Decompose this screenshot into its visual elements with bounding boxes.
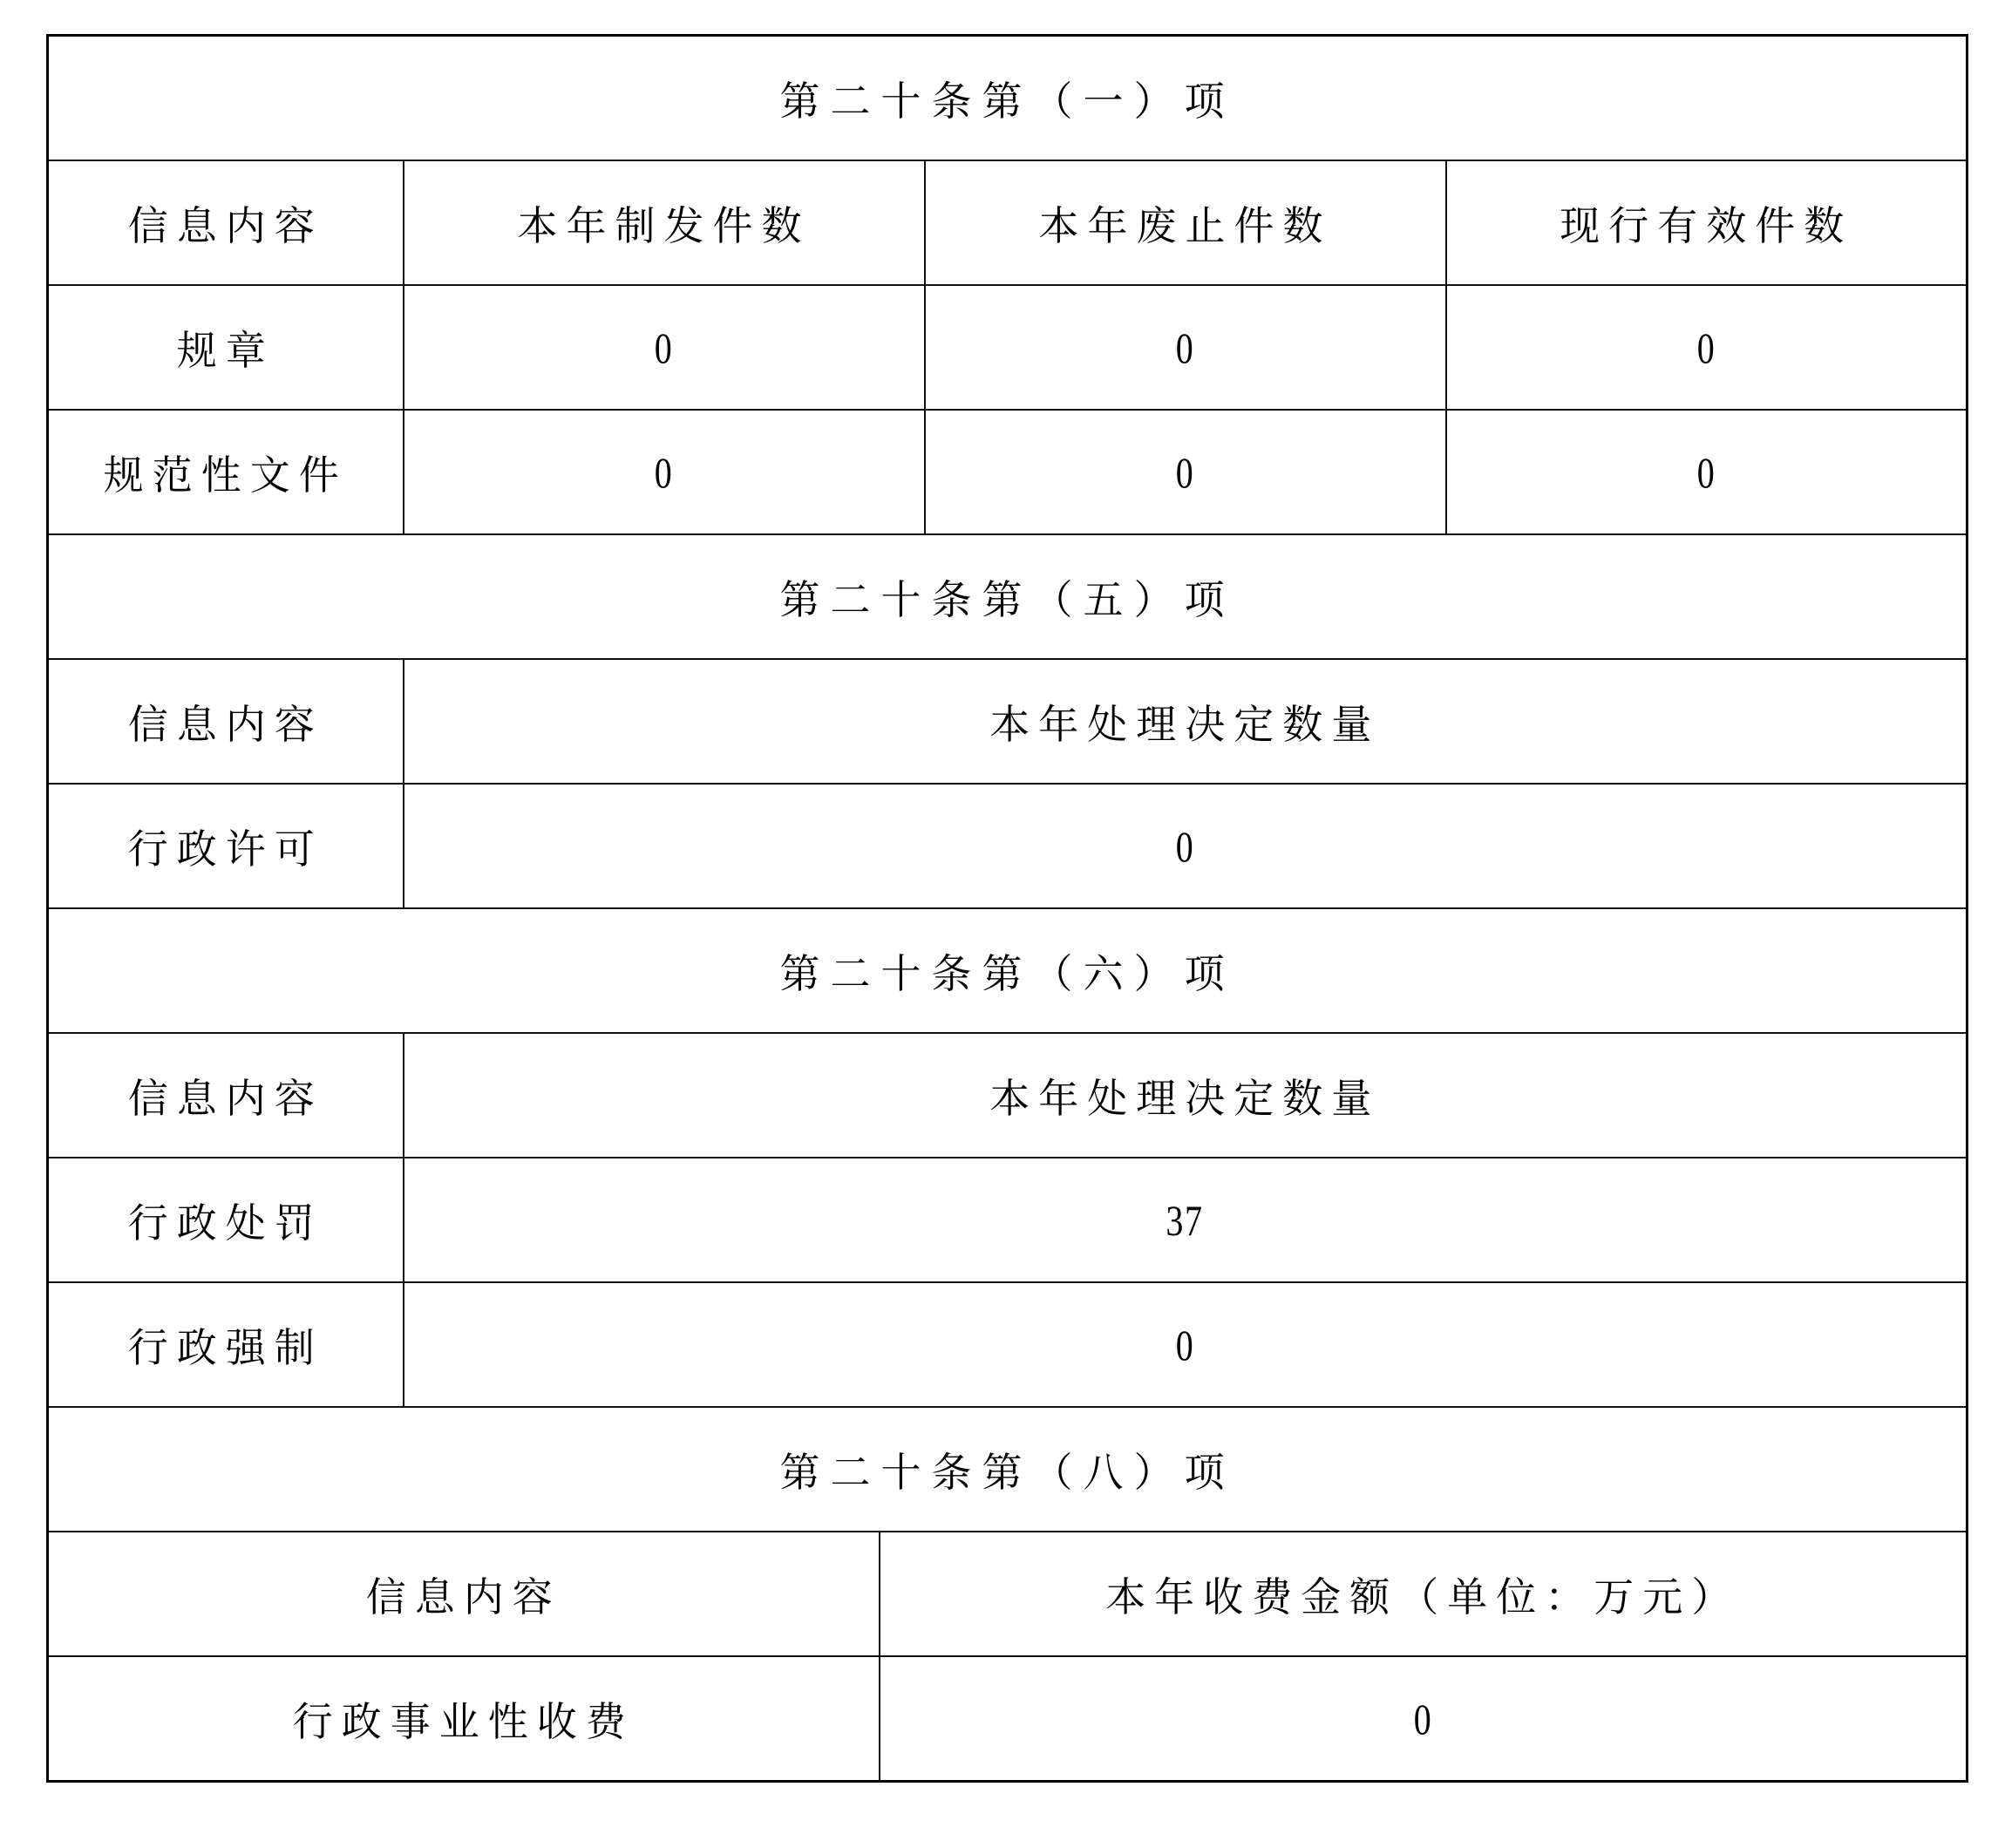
table-row: 行政许可 0 <box>48 784 1967 908</box>
header-cell-info-content: 信息内容 <box>48 1033 404 1158</box>
value-cell: 0 <box>925 285 1446 410</box>
value-text: 0 <box>1176 323 1195 373</box>
value-cell: 0 <box>404 1282 1967 1407</box>
row-label: 行政处罚 <box>48 1158 404 1282</box>
row-label: 行政许可 <box>48 784 404 908</box>
header-row: 信息内容 本年处理决定数量 <box>48 1033 1967 1158</box>
header-cell-repealed-count: 本年废止件数 <box>925 160 1446 285</box>
value-cell: 0 <box>404 410 925 534</box>
value-cell: 0 <box>880 1656 1967 1782</box>
disclosure-statistics-table: 第二十条第（一）项 信息内容 本年制发件数 本年废止件数 现行有效件数 规章 0… <box>46 34 1968 1783</box>
header-cell-info-content: 信息内容 <box>48 1532 880 1656</box>
header-cell-issued-count: 本年制发件数 <box>404 160 925 285</box>
value-cell: 0 <box>404 784 1967 908</box>
header-cell-valid-count: 现行有效件数 <box>1446 160 1967 285</box>
section-title-row: 第二十条第（一）项 <box>48 36 1967 161</box>
row-label: 规范性文件 <box>48 410 404 534</box>
value-text: 0 <box>1696 447 1716 498</box>
table-row: 行政处罚 37 <box>48 1158 1967 1282</box>
header-cell-decision-count: 本年处理决定数量 <box>404 1033 1967 1158</box>
value-text: 0 <box>1175 1320 1194 1370</box>
header-row: 信息内容 本年处理决定数量 <box>48 659 1967 784</box>
header-cell-info-content: 信息内容 <box>48 160 404 285</box>
row-label: 行政事业性收费 <box>48 1656 880 1782</box>
row-label: 行政强制 <box>48 1282 404 1407</box>
section-title: 第二十条第（八）项 <box>48 1407 1967 1532</box>
header-cell-info-content: 信息内容 <box>48 659 404 784</box>
value-cell: 37 <box>404 1158 1967 1282</box>
header-row: 信息内容 本年制发件数 本年废止件数 现行有效件数 <box>48 160 1967 285</box>
value-text: 37 <box>1166 1195 1204 1246</box>
section-title-row: 第二十条第（五）项 <box>48 534 1967 659</box>
header-cell-decision-count: 本年处理决定数量 <box>404 659 1967 784</box>
value-text: 0 <box>655 323 674 373</box>
value-cell: 0 <box>1446 410 1967 534</box>
header-row: 信息内容 本年收费金额（单位：万元） <box>48 1532 1967 1656</box>
value-text: 0 <box>655 447 674 498</box>
value-cell: 0 <box>1446 285 1967 410</box>
table-row: 行政事业性收费 0 <box>48 1656 1967 1782</box>
row-label: 规章 <box>48 285 404 410</box>
table-row: 规章 0 0 0 <box>48 285 1967 410</box>
section-title: 第二十条第（一）项 <box>48 36 1967 161</box>
value-text: 0 <box>1175 821 1194 872</box>
header-cell-fee-amount: 本年收费金额（单位：万元） <box>880 1532 1967 1656</box>
table-row: 规范性文件 0 0 0 <box>48 410 1967 534</box>
section-title: 第二十条第（六）项 <box>48 908 1967 1033</box>
section-title: 第二十条第（五）项 <box>48 534 1967 659</box>
value-cell: 0 <box>404 285 925 410</box>
section-title-row: 第二十条第（六）项 <box>48 908 1967 1033</box>
value-text: 0 <box>1696 323 1716 373</box>
table-row: 行政强制 0 <box>48 1282 1967 1407</box>
section-title-row: 第二十条第（八）项 <box>48 1407 1967 1532</box>
value-cell: 0 <box>925 410 1446 534</box>
value-text: 0 <box>1413 1694 1432 1744</box>
value-text: 0 <box>1176 447 1195 498</box>
